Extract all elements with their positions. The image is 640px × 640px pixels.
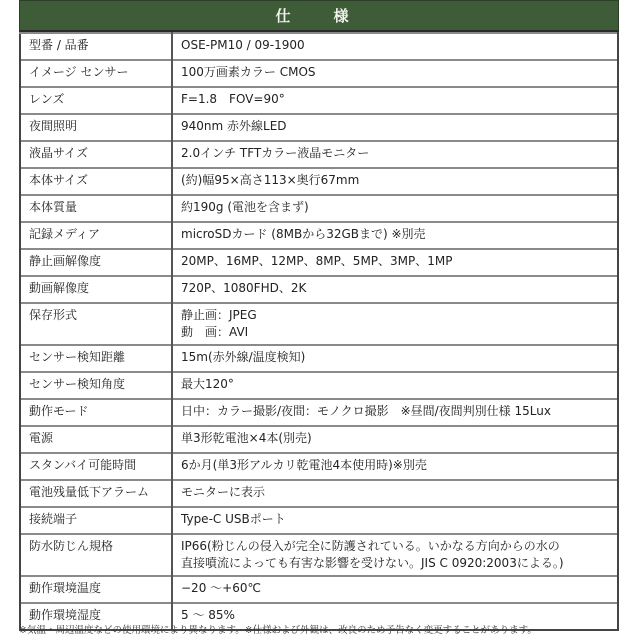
spec-value-line: (約)幅95×高さ113×奥行67mm — [181, 172, 609, 189]
spec-value: 940nm 赤外線LED — [172, 114, 618, 141]
spec-label: 動作モード — [20, 399, 172, 426]
spec-label: 本体サイズ — [20, 168, 172, 195]
spec-label: 夜間照明 — [20, 114, 172, 141]
spec-value: (約)幅95×高さ113×奥行67mm — [172, 168, 618, 195]
spec-label: 保存形式 — [20, 303, 172, 345]
spec-value: Type-C USBポート — [172, 507, 618, 534]
spec-value-line: Type-C USBポート — [181, 511, 609, 528]
table-row: 静止画解像度20MP、16MP、12MP、8MP、5MP、3MP、1MP — [20, 249, 618, 276]
table-row: スタンバイ可能時間6か月(単3形アルカリ乾電池4本使用時)※別売 — [20, 453, 618, 480]
spec-value-line: モニターに表示 — [181, 484, 609, 501]
spec-value: F=1.8 FOV=90° — [172, 87, 618, 114]
spec-value-line: IP66(粉じんの侵入が完全に防護されている。いかなる方向からの水の — [181, 538, 609, 555]
spec-label: イメージ センサー — [20, 60, 172, 87]
spec-label: センサー検知距離 — [20, 345, 172, 372]
spec-value: 100万画素カラー CMOS — [172, 60, 618, 87]
spec-value: 720P、1080FHD、2K — [172, 276, 618, 303]
spec-value: 15m(赤外線/温度検知) — [172, 345, 618, 372]
spec-value-line: 100万画素カラー CMOS — [181, 64, 609, 81]
table-row: 本体サイズ(約)幅95×高さ113×奥行67mm — [20, 168, 618, 195]
spec-label: 静止画解像度 — [20, 249, 172, 276]
spec-value-line: 直接噴流によっても有害な影響を受けない。JIS C 0920:2003による。) — [181, 555, 609, 572]
spec-label: 接続端子 — [20, 507, 172, 534]
table-row: 夜間照明940nm 赤外線LED — [20, 114, 618, 141]
table-row: 電源単3形乾電池×4本(別売) — [20, 426, 618, 453]
spec-value: 2.0インチ TFTカラー液晶モニター — [172, 141, 618, 168]
spec-value-line: 2.0インチ TFTカラー液晶モニター — [181, 145, 609, 162]
spec-value-line: 動 画：AVI — [181, 324, 609, 341]
table-row: 接続端子Type-C USBポート — [20, 507, 618, 534]
table-row: センサー検知距離15m(赤外線/温度検知) — [20, 345, 618, 372]
table-row: イメージ センサー100万画素カラー CMOS — [20, 60, 618, 87]
spec-value-line: 15m(赤外線/温度検知) — [181, 349, 609, 366]
spec-value: 最大120° — [172, 372, 618, 399]
spec-label: 液晶サイズ — [20, 141, 172, 168]
spec-label: 動作環境温度 — [20, 576, 172, 603]
spec-value: 約190g (電池を含まず) — [172, 195, 618, 222]
spec-value: IP66(粉じんの侵入が完全に防護されている。いかなる方向からの水の直接噴流によ… — [172, 534, 618, 576]
spec-title: 仕 様 — [19, 0, 619, 32]
spec-value-line: 日中：カラー撮影/夜間：モノクロ撮影 ※昼間/夜間判別仕様 15Lux — [181, 403, 609, 420]
spec-value-line: 約190g (電池を含まず) — [181, 199, 609, 216]
spec-sheet: 仕 様 型番 / 品番OSE-PM10 / 09-1900イメージ センサー10… — [19, 0, 619, 631]
spec-label: 電源 — [20, 426, 172, 453]
table-row: 動作環境温度−20 ～+60℃ — [20, 576, 618, 603]
table-row: 動画解像度720P、1080FHD、2K — [20, 276, 618, 303]
spec-label: センサー検知角度 — [20, 372, 172, 399]
table-row: 本体質量約190g (電池を含まず) — [20, 195, 618, 222]
spec-value: OSE-PM10 / 09-1900 — [172, 33, 618, 60]
table-row: 液晶サイズ2.0インチ TFTカラー液晶モニター — [20, 141, 618, 168]
spec-label: 防水防じん規格 — [20, 534, 172, 576]
spec-table: 型番 / 品番OSE-PM10 / 09-1900イメージ センサー100万画素… — [19, 32, 619, 631]
spec-value: microSDカード (8MBから32GBまで) ※別売 — [172, 222, 618, 249]
spec-value-line: microSDカード (8MBから32GBまで) ※別売 — [181, 226, 609, 243]
spec-value: 6か月(単3形アルカリ乾電池4本使用時)※別売 — [172, 453, 618, 480]
spec-value: 静止画：JPEG動 画：AVI — [172, 303, 618, 345]
spec-value: 日中：カラー撮影/夜間：モノクロ撮影 ※昼間/夜間判別仕様 15Lux — [172, 399, 618, 426]
spec-label: スタンバイ可能時間 — [20, 453, 172, 480]
spec-value-line: −20 ～+60℃ — [181, 580, 609, 597]
spec-value-line: 20MP、16MP、12MP、8MP、5MP、3MP、1MP — [181, 253, 609, 270]
spec-value-line: 6か月(単3形アルカリ乾電池4本使用時)※別売 — [181, 457, 609, 474]
table-row: センサー検知角度最大120° — [20, 372, 618, 399]
table-row: 型番 / 品番OSE-PM10 / 09-1900 — [20, 33, 618, 60]
spec-value-line: 単3形乾電池×4本(別売) — [181, 430, 609, 447]
table-row: 防水防じん規格IP66(粉じんの侵入が完全に防護されている。いかなる方向からの水… — [20, 534, 618, 576]
table-row: 保存形式静止画：JPEG動 画：AVI — [20, 303, 618, 345]
spec-label: 電池残量低下アラーム — [20, 480, 172, 507]
spec-value: モニターに表示 — [172, 480, 618, 507]
table-row: レンズF=1.8 FOV=90° — [20, 87, 618, 114]
spec-value-line: 静止画：JPEG — [181, 307, 609, 324]
spec-label: 型番 / 品番 — [20, 33, 172, 60]
spec-value-line: 最大120° — [181, 376, 609, 393]
spec-value: 単3形乾電池×4本(別売) — [172, 426, 618, 453]
spec-value-line: 940nm 赤外線LED — [181, 118, 609, 135]
table-row: 動作モード日中：カラー撮影/夜間：モノクロ撮影 ※昼間/夜間判別仕様 15Lux — [20, 399, 618, 426]
spec-value-line: 720P、1080FHD、2K — [181, 280, 609, 297]
spec-label: レンズ — [20, 87, 172, 114]
spec-value-line: F=1.8 FOV=90° — [181, 91, 609, 108]
spec-label: 本体質量 — [20, 195, 172, 222]
spec-label: 動画解像度 — [20, 276, 172, 303]
footnote: ※気温・周辺温度などの使用環境により異なります。※仕様および外観は、改良のため予… — [19, 622, 537, 636]
table-row: 記録メディアmicroSDカード (8MBから32GBまで) ※別売 — [20, 222, 618, 249]
spec-value-line: OSE-PM10 / 09-1900 — [181, 37, 609, 54]
spec-value: −20 ～+60℃ — [172, 576, 618, 603]
table-row: 電池残量低下アラームモニターに表示 — [20, 480, 618, 507]
spec-label: 記録メディア — [20, 222, 172, 249]
spec-value: 20MP、16MP、12MP、8MP、5MP、3MP、1MP — [172, 249, 618, 276]
